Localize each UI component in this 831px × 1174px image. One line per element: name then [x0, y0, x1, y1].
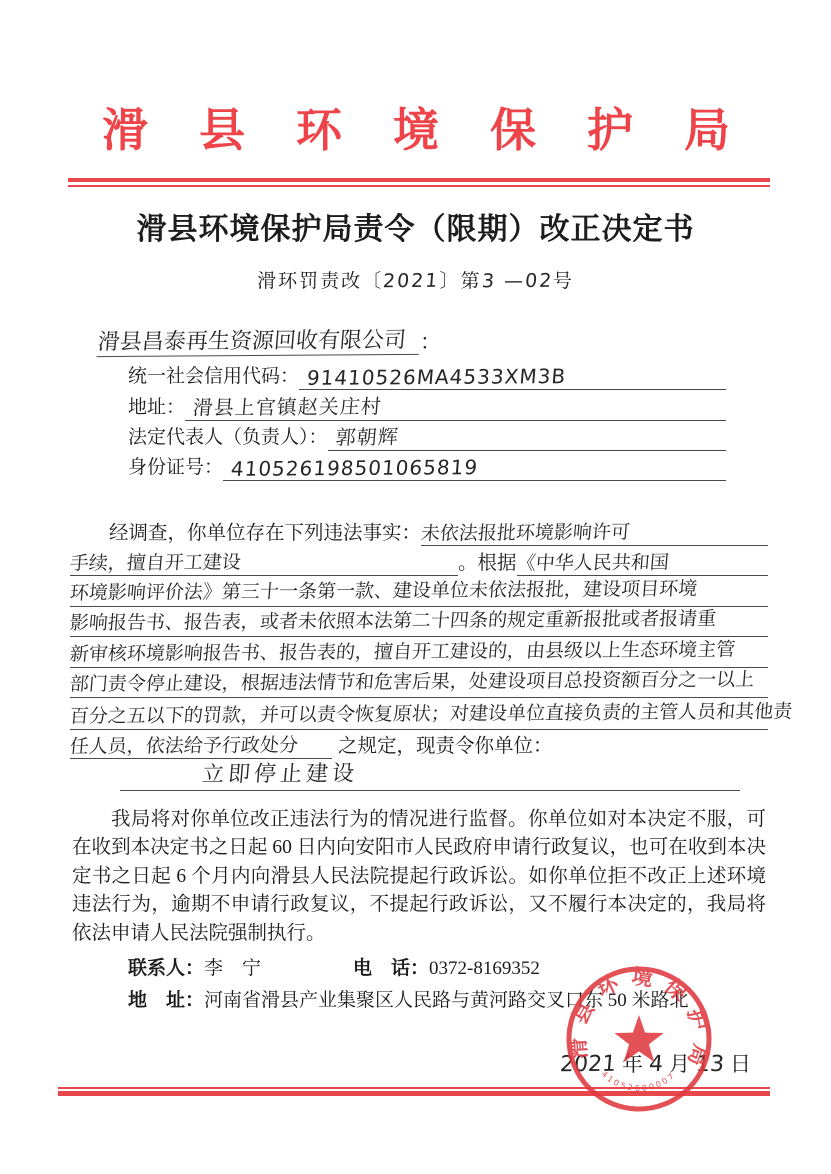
- order-underline: 立即停止建设: [120, 760, 740, 791]
- doc-number-suffix: 号: [553, 271, 574, 292]
- field-credit-code: 统一社会信用代码： 91410526MA4533XM3B: [128, 359, 726, 390]
- facts-provision-row: 任人员，依法给予行政处分 之规定，现责令你单位：: [70, 729, 768, 759]
- contact-phone-value: 0372-8169352: [429, 958, 540, 979]
- supervision-paragraph: 我局将对你单位改正违法行为的情况进行监督。你单位如对本决定不服，可在收到本决定书…: [72, 806, 766, 948]
- facts-lead-row: 经调查，你单位存在下列违法事实： 未依法报批环境影响许可: [70, 516, 768, 546]
- doc-number-prefix: 滑环罚责改〔: [257, 271, 383, 292]
- basis-line-1: 环境影响评价法》第三十一条第一款、建设单位未依法报批，建设项目环境: [69, 574, 699, 608]
- basis-line-4: 部门责令停止建设，根据违法情节和危害后果，处建设项目总投资额百分之一以上: [69, 665, 756, 700]
- id-number-label: 身份证号：: [128, 452, 223, 481]
- doc-number-mid: 〕第: [440, 271, 482, 292]
- recipient-line: 滑县昌泰再生资源回收有限公司：: [98, 324, 441, 356]
- credit-code-label: 统一社会信用代码：: [128, 361, 299, 390]
- address-underline: 滑县上官镇赵关庄村: [185, 391, 726, 421]
- date-day-unit: 日: [730, 1048, 751, 1078]
- recipient-company-name: 滑县昌泰再生资源回收有限公司: [97, 323, 422, 357]
- document-title: 滑县环境保护局责令（限期）改正决定书: [0, 204, 831, 248]
- doc-number-serial-handwritten: 3 —02: [481, 270, 554, 292]
- facts-lead: 经调查，你单位存在下列违法事实：: [70, 517, 421, 546]
- address-label: 地址：: [128, 392, 185, 421]
- id-number-value: 410526198501065819: [230, 455, 479, 481]
- basis-underline-0: 《中华人民共和国: [517, 548, 768, 576]
- legal-rep-label: 法定代表人（负责人）：: [128, 422, 328, 451]
- recipient-colon: ：: [420, 330, 441, 354]
- basis-line-5: 百分之五以下的罚款，并可以责令恢复原状；对建设单位直接负责的主管人员和其他责: [69, 696, 794, 731]
- contact-person-label: 联系人：: [128, 958, 204, 979]
- official-seal-stamp: 滑县环境保护局 41052600007: [562, 962, 716, 1116]
- violation-text-2: 手续，擅自开工建设: [69, 547, 242, 575]
- facts-connector: 。根据: [458, 547, 517, 576]
- svg-text:41052600007: 41052600007: [600, 1069, 678, 1092]
- facts-row-2: 手续，擅自开工建设 。根据 《中华人民共和国: [70, 546, 768, 576]
- contact-phone-label: 电 话：: [353, 958, 429, 979]
- seal-star-icon: [614, 1015, 663, 1062]
- field-legal-rep: 法定代表人（负责人）： 郭朝辉: [128, 420, 726, 451]
- basis-underline-3: 新审核环境影响报告书、报告表的，擅自开工建设的，由县级以上生态环境主管: [70, 637, 768, 668]
- basis-underline-2: 影响报告书、报告表，或者未依照本法第二十四条的规定重新报批或者报请重: [70, 606, 768, 637]
- doc-number-year-handwritten: 2021: [382, 270, 440, 292]
- violation-text-1: 未依法报批环境影响许可: [420, 517, 631, 545]
- contact-address-label: 地 址：: [128, 990, 204, 1011]
- violation-underline-1: 未依法报批环境影响许可: [421, 518, 768, 546]
- letterhead-rule-thick: [68, 178, 770, 182]
- basis-underline-4: 部门责令停止建设，根据违法情节和危害后果，处建设项目总投资额百分之一以上: [70, 667, 768, 698]
- basis-line-6: 任人员，依法给予行政处分: [69, 730, 299, 759]
- order-text: 立即停止建设: [201, 759, 360, 790]
- legal-rep-value: 郭朝辉: [334, 421, 399, 450]
- letterhead-rule-thin: [68, 185, 770, 187]
- document-number: 滑环罚责改〔2021〕第3 —02号: [0, 266, 831, 293]
- credit-code-value: 91410526MA4533XM3B: [306, 364, 567, 390]
- basis-line-3: 新审核环境影响报告书、报告表的，擅自开工建设的，由县级以上生态环境主管: [69, 635, 737, 670]
- provision-tail: 之规定，现责令你单位：: [332, 730, 553, 759]
- basis-line-0: 《中华人民共和国: [515, 547, 669, 575]
- field-id-number: 身份证号： 410526198501065819: [128, 450, 726, 481]
- field-address: 地址： 滑县上官镇赵关庄村: [128, 390, 726, 421]
- seal-serial-number: 41052600007: [600, 1069, 678, 1092]
- agency-letterhead: 滑县环境保护局: [102, 94, 781, 160]
- document-page: 滑县环境保护局 滑县环境保护局责令（限期）改正决定书 滑环罚责改〔2021〕第3…: [0, 0, 831, 1174]
- legal-rep-underline: 郭朝辉: [328, 421, 726, 451]
- id-number-underline: 410526198501065819: [223, 456, 726, 481]
- violation-underline-2: 手续，擅自开工建设: [70, 548, 458, 576]
- credit-code-underline: 91410526MA4533XM3B: [299, 365, 726, 390]
- basis-underline-5: 百分之五以下的罚款，并可以责令恢复原状；对建设单位直接负责的主管人员和其他责: [70, 699, 768, 730]
- basis-underline-1: 环境影响评价法》第三十一条第一款、建设单位未依法报批，建设项目环境: [70, 576, 768, 607]
- basis-underline-6: 任人员，依法给予行政处分: [70, 731, 332, 759]
- contact-person-value: 李 宁: [204, 958, 261, 979]
- basis-line-2: 影响报告书、报告表，或者未依照本法第二十四条的规定重新报批或者报请重: [69, 604, 718, 639]
- address-value: 滑县上官镇赵关庄村: [192, 390, 383, 420]
